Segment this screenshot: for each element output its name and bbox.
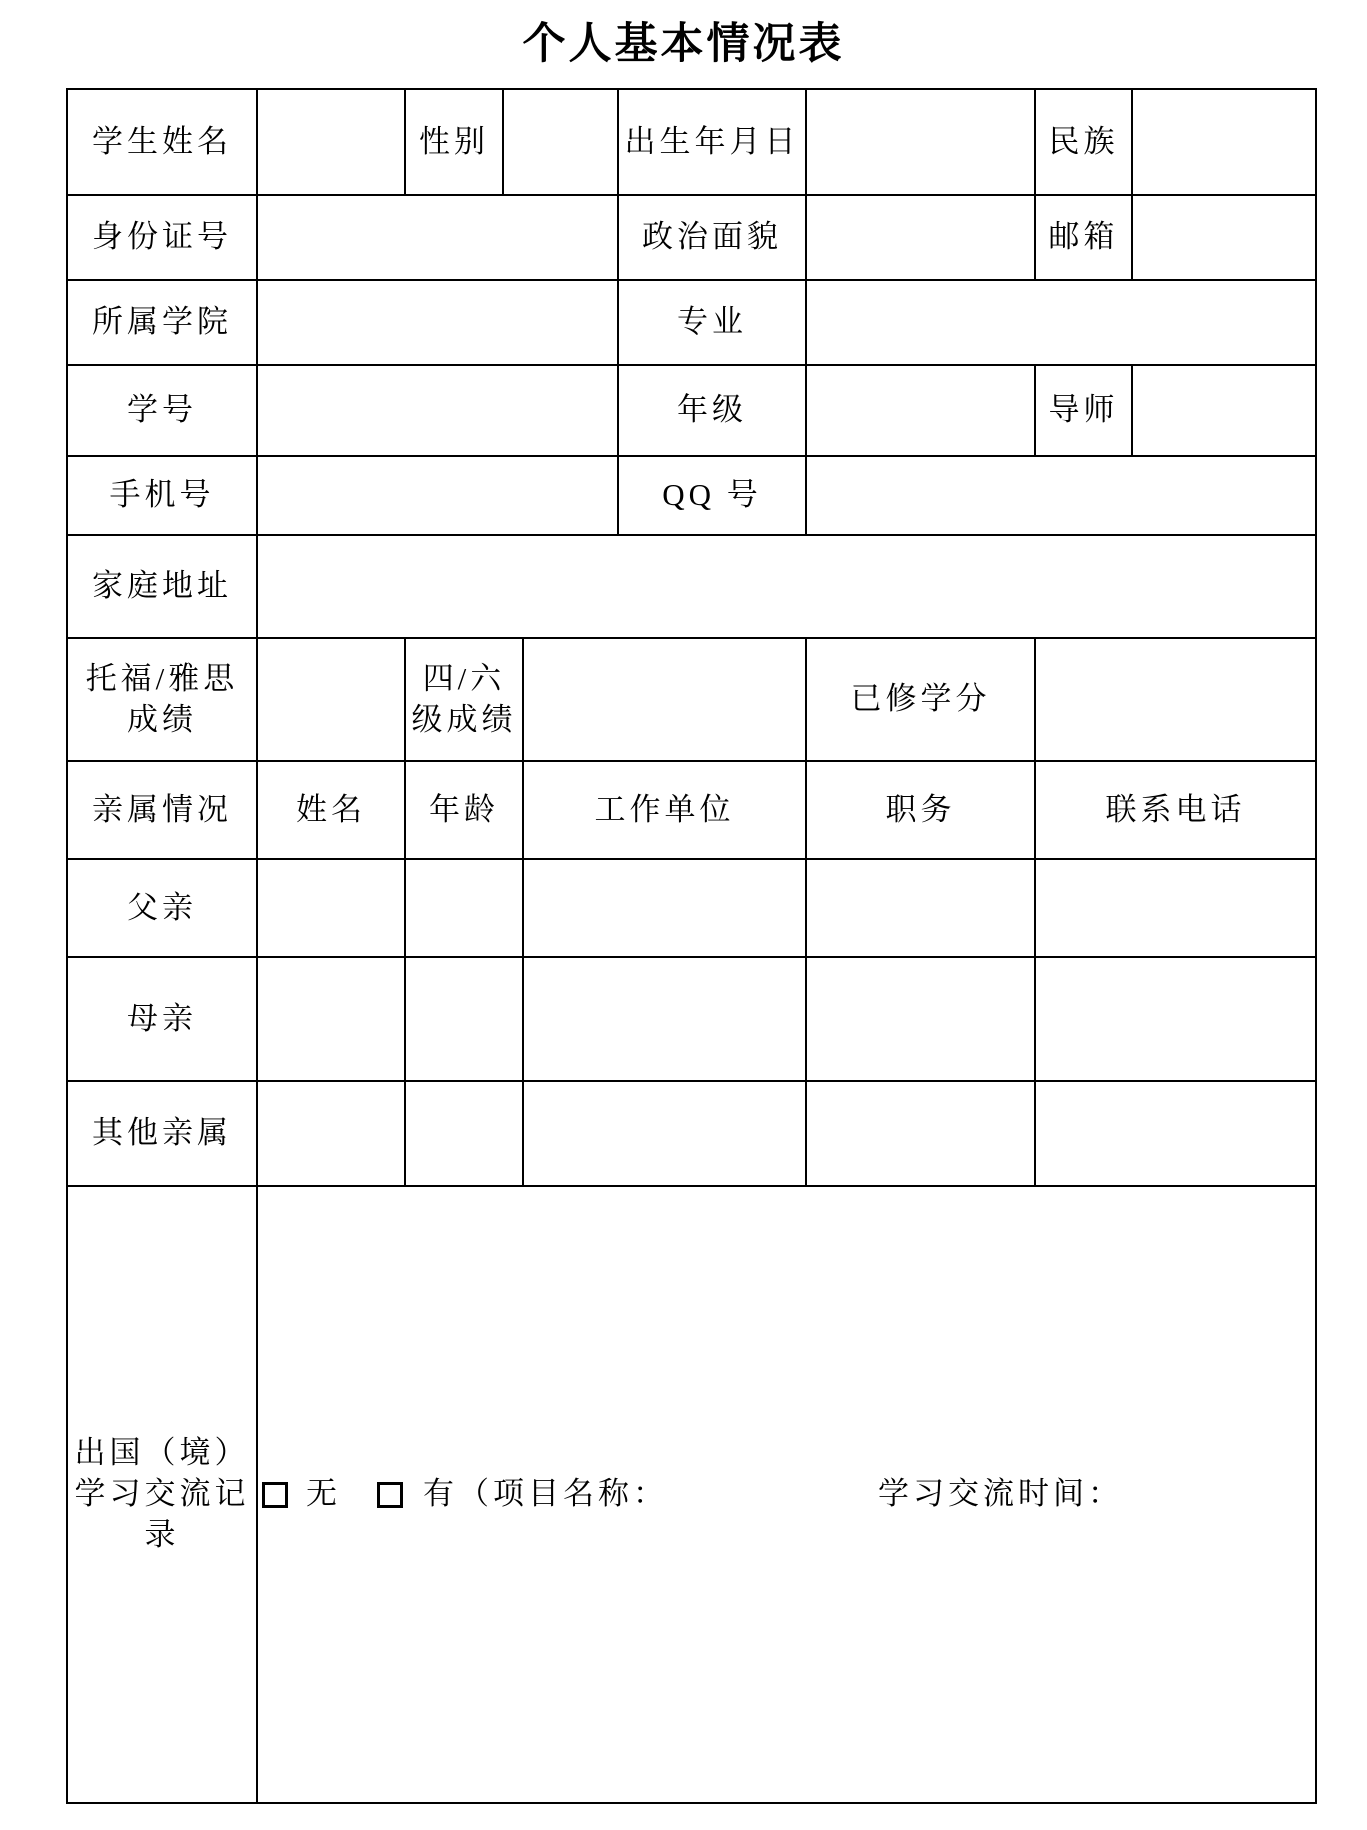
- phone-value[interactable]: [257, 456, 618, 535]
- credits-value[interactable]: [1035, 638, 1316, 761]
- political-status-value[interactable]: [806, 195, 1035, 280]
- page-title: 个人基本情况表: [0, 0, 1367, 72]
- ethnicity-value[interactable]: [1132, 89, 1316, 195]
- relative-phone-header: 联系电话: [1035, 761, 1316, 859]
- college-label: 所属学院: [67, 280, 257, 365]
- mother-employer-value[interactable]: [523, 957, 806, 1081]
- major-value[interactable]: [806, 280, 1316, 365]
- has-option-label: 有（项目名称：: [423, 1474, 668, 1515]
- credits-label: 已修学分: [806, 638, 1035, 761]
- relative-age-header: 年龄: [405, 761, 523, 859]
- home-address-label: 家庭地址: [67, 535, 257, 638]
- exchange-time-label: 学习交流时间：: [878, 1474, 1123, 1515]
- student-name-value[interactable]: [257, 89, 405, 195]
- father-employer-value[interactable]: [523, 859, 806, 957]
- student-id-value[interactable]: [257, 365, 618, 456]
- relative-employer-header: 工作单位: [523, 761, 806, 859]
- student-id-label: 学号: [67, 365, 257, 456]
- table-row: 手机号 QQ 号: [67, 456, 1316, 535]
- relatives-label: 亲属情况: [67, 761, 257, 859]
- relative-position-header: 职务: [806, 761, 1035, 859]
- father-name-value[interactable]: [257, 859, 405, 957]
- toefl-ielts-label: 托福/雅思成绩: [67, 638, 257, 761]
- email-value[interactable]: [1132, 195, 1316, 280]
- gender-value[interactable]: [503, 89, 618, 195]
- id-number-label: 身份证号: [67, 195, 257, 280]
- other-relative-position-value[interactable]: [806, 1081, 1035, 1186]
- major-label: 专业: [618, 280, 806, 365]
- table-row-mother: 母亲: [67, 957, 1316, 1081]
- advisor-value[interactable]: [1132, 365, 1316, 456]
- has-checkbox[interactable]: [377, 1482, 403, 1508]
- relative-name-header: 姓名: [257, 761, 405, 859]
- home-address-value[interactable]: [257, 535, 1316, 638]
- mother-age-value[interactable]: [405, 957, 523, 1081]
- table-row-father: 父亲: [67, 859, 1316, 957]
- table-row: 家庭地址: [67, 535, 1316, 638]
- id-number-value[interactable]: [257, 195, 618, 280]
- other-relative-age-value[interactable]: [405, 1081, 523, 1186]
- ethnicity-label: 民族: [1035, 89, 1132, 195]
- father-age-value[interactable]: [405, 859, 523, 957]
- birth-date-label: 出生年月日: [618, 89, 806, 195]
- relatives-header-row: 亲属情况 姓名 年龄 工作单位 职务 联系电话: [67, 761, 1316, 859]
- grade-value[interactable]: [806, 365, 1035, 456]
- qq-label: QQ 号: [618, 456, 806, 535]
- mother-position-value[interactable]: [806, 957, 1035, 1081]
- other-relative-employer-value[interactable]: [523, 1081, 806, 1186]
- cet-label: 四/六级成绩: [405, 638, 523, 761]
- phone-label: 手机号: [67, 456, 257, 535]
- birth-date-value[interactable]: [806, 89, 1035, 195]
- mother-label: 母亲: [67, 957, 257, 1081]
- mother-phone-value[interactable]: [1035, 957, 1316, 1081]
- grade-label: 年级: [618, 365, 806, 456]
- email-label: 邮箱: [1035, 195, 1132, 280]
- political-status-label: 政治面貌: [618, 195, 806, 280]
- other-relative-name-value[interactable]: [257, 1081, 405, 1186]
- father-position-value[interactable]: [806, 859, 1035, 957]
- advisor-label: 导师: [1035, 365, 1132, 456]
- table-row: 所属学院 专业: [67, 280, 1316, 365]
- table-row: 托福/雅思成绩 四/六级成绩 已修学分: [67, 638, 1316, 761]
- personal-info-table: 学生姓名 性别 出生年月日 民族 身份证号 政治面貌 邮箱 所属学院 专业: [66, 88, 1317, 1804]
- gender-label: 性别: [405, 89, 503, 195]
- abroad-options-line: 无 有（项目名称： 学习交流时间： ）: [262, 1474, 1311, 1515]
- mother-name-value[interactable]: [257, 957, 405, 1081]
- document-page: 个人基本情况表 学生姓名 性别 出生年月日 民族 身份证号 政治面貌 邮箱: [0, 0, 1367, 1830]
- other-relative-label: 其他亲属: [67, 1081, 257, 1186]
- student-name-label: 学生姓名: [67, 89, 257, 195]
- qq-value[interactable]: [806, 456, 1316, 535]
- table-row: 身份证号 政治面貌 邮箱: [67, 195, 1316, 280]
- father-phone-value[interactable]: [1035, 859, 1316, 957]
- table-row-abroad-record: 出国（境）学习交流记录 无 有（项目名称： 学习交流时间： ）: [67, 1186, 1316, 1803]
- none-option-label: 无: [306, 1474, 341, 1515]
- father-label: 父亲: [67, 859, 257, 957]
- table-row: 学生姓名 性别 出生年月日 民族: [67, 89, 1316, 195]
- other-relative-phone-value[interactable]: [1035, 1081, 1316, 1186]
- toefl-ielts-value[interactable]: [257, 638, 405, 761]
- none-checkbox[interactable]: [262, 1482, 288, 1508]
- table-row-other-relative: 其他亲属: [67, 1081, 1316, 1186]
- table-row: 学号 年级 导师: [67, 365, 1316, 456]
- abroad-record-cell[interactable]: 无 有（项目名称： 学习交流时间： ）: [257, 1186, 1316, 1803]
- cet-value[interactable]: [523, 638, 806, 761]
- college-value[interactable]: [257, 280, 618, 365]
- abroad-record-label: 出国（境）学习交流记录: [67, 1186, 257, 1803]
